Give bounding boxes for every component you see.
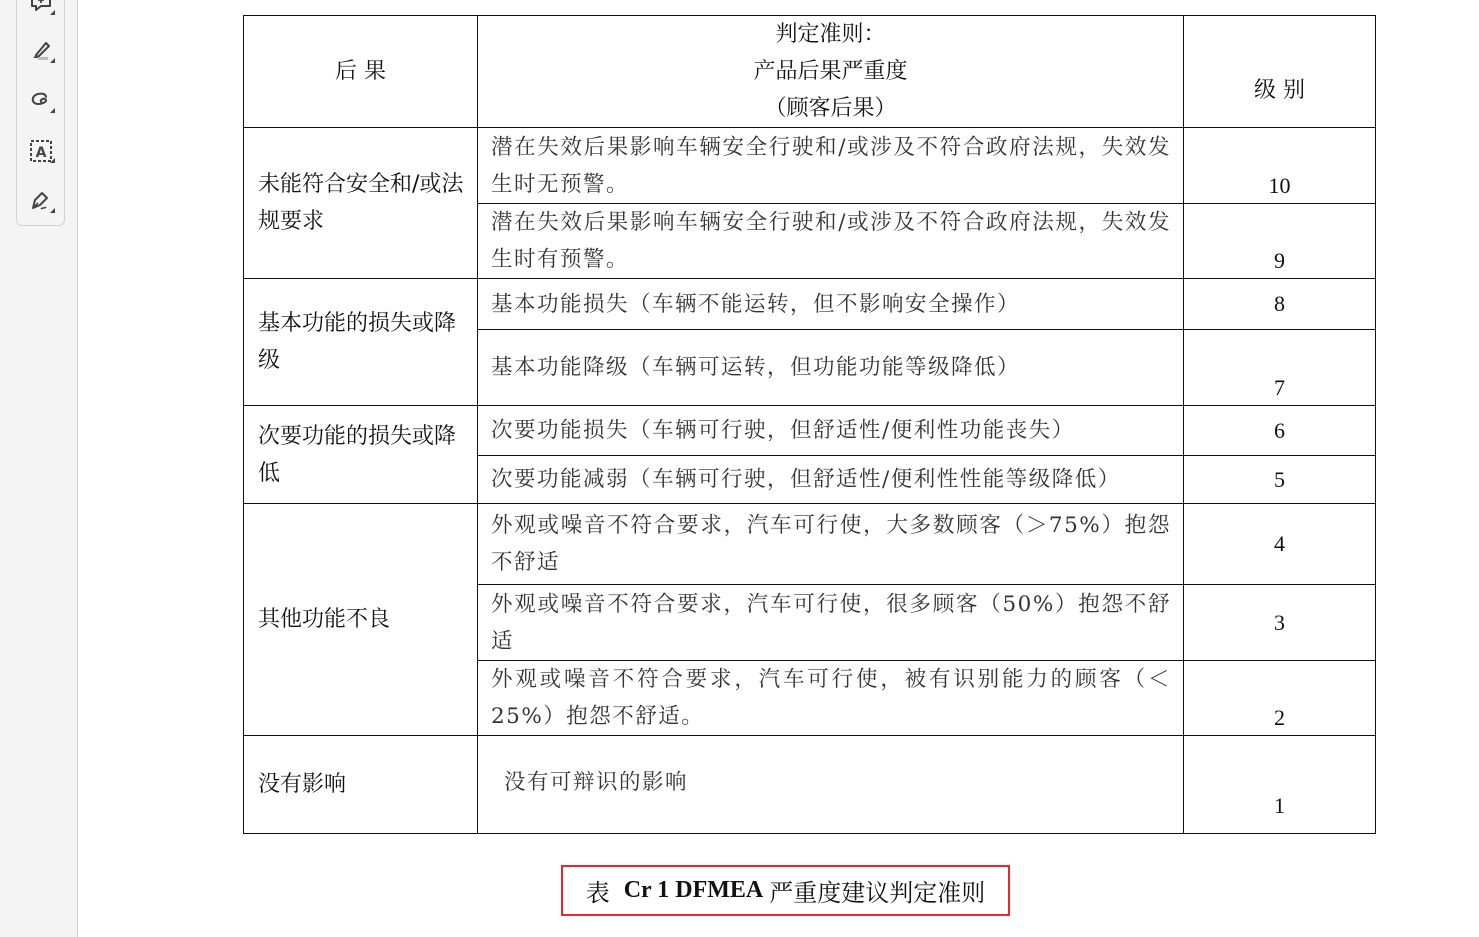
submenu-indicator-icon — [50, 108, 55, 113]
rank-cell: 9 — [1184, 204, 1376, 279]
rank-cell: 2 — [1184, 661, 1376, 736]
header-rank: 级 别 — [1184, 16, 1376, 128]
criteria-cell: 外观或噪音不符合要求，汽车可行使，很多顾客（50%）抱怨不舒适 — [478, 585, 1184, 661]
rank-cell: 5 — [1184, 456, 1376, 504]
caption-title: 严重度建议判定准则 — [769, 873, 985, 908]
freehand-tool-button[interactable] — [17, 81, 64, 121]
header-consequence: 后 果 — [244, 16, 478, 128]
criteria-cell: 次要功能减弱（车辆可行驶，但舒适性/便利性性能等级降低） — [478, 456, 1184, 504]
consequence-cell: 其他功能不良 — [244, 504, 478, 736]
annotation-toolbar: A — [16, 0, 65, 226]
criteria-cell: 外观或噪音不符合要求，汽车可行使，被有识别能力的顾客（＜25%）抱怨不舒适。 — [478, 661, 1184, 736]
rank-cell: 1 — [1184, 736, 1376, 834]
comment-tool-button[interactable] — [17, 0, 64, 23]
criteria-cell: 基本功能损失（车辆不能运转，但不影响安全操作） — [478, 279, 1184, 330]
severity-criteria-table-container: 后 果 判定准则： 产品后果严重度 （顾客后果） 级 别 未能符合安全和/或法规… — [243, 15, 1376, 834]
text-box-tool-button[interactable]: A — [17, 131, 64, 171]
consequence-cell: 未能符合安全和/或法规要求 — [244, 128, 478, 279]
highlight-tool-button[interactable] — [17, 31, 64, 71]
criteria-cell: 外观或噪音不符合要求，汽车可行使，大多数顾客（＞75%）抱怨不舒适 — [478, 504, 1184, 585]
consequence-cell: 基本功能的损失或降级 — [244, 279, 478, 406]
criteria-cell: 潜在失效后果影响车辆安全行驶和/或涉及不符合政府法规，失效发生时有预警。 — [478, 204, 1184, 279]
header-criteria-line2: 产品后果严重度 — [478, 53, 1183, 90]
table-header-row: 后 果 判定准则： 产品后果严重度 （顾客后果） 级 别 — [244, 16, 1376, 128]
criteria-cell: 潜在失效后果影响车辆安全行驶和/或涉及不符合政府法规，失效发生时无预警。 — [478, 128, 1184, 204]
svg-text:A: A — [35, 145, 46, 161]
consequence-cell: 次要功能的损失或降低 — [244, 406, 478, 504]
rank-cell: 10 — [1184, 128, 1376, 204]
criteria-cell: 基本功能降级（车辆可运转，但功能功能等级降低） — [478, 330, 1184, 406]
submenu-indicator-icon — [50, 58, 55, 63]
header-criteria-line3: （顾客后果） — [478, 90, 1183, 127]
header-criteria: 判定准则： 产品后果严重度 （顾客后果） — [478, 16, 1184, 128]
table-caption: 表 Cr 1 DFMEA 严重度建议判定准则 — [561, 865, 1010, 916]
rank-cell: 4 — [1184, 504, 1376, 585]
rank-cell: 3 — [1184, 585, 1376, 661]
submenu-indicator-icon — [50, 208, 55, 213]
left-side-panel: A — [0, 0, 78, 937]
sign-tool-button[interactable] — [17, 181, 64, 221]
submenu-indicator-icon — [50, 10, 55, 15]
consequence-cell: 没有影响 — [244, 736, 478, 834]
severity-criteria-table: 后 果 判定准则： 产品后果严重度 （顾客后果） 级 别 未能符合安全和/或法规… — [243, 15, 1376, 834]
rank-cell: 7 — [1184, 330, 1376, 406]
criteria-cell: 没有可辩识的影响 — [478, 736, 1184, 834]
caption-label: Cr 1 DFMEA — [624, 877, 764, 904]
table-row: 次要功能的损失或降低 次要功能损失（车辆可行驶，但舒适性/便利性功能丧失） 6 — [244, 406, 1376, 456]
table-row: 没有影响 没有可辩识的影响 1 — [244, 736, 1376, 834]
criteria-cell: 次要功能损失（车辆可行驶，但舒适性/便利性功能丧失） — [478, 406, 1184, 456]
rank-cell: 8 — [1184, 279, 1376, 330]
table-row: 基本功能的损失或降级 基本功能损失（车辆不能运转，但不影响安全操作） 8 — [244, 279, 1376, 330]
table-row: 其他功能不良 外观或噪音不符合要求，汽车可行使，大多数顾客（＞75%）抱怨不舒适… — [244, 504, 1376, 585]
header-criteria-line1: 判定准则： — [478, 16, 1183, 53]
rank-cell: 6 — [1184, 406, 1376, 456]
submenu-indicator-icon — [50, 158, 55, 163]
table-row: 未能符合安全和/或法规要求 潜在失效后果影响车辆安全行驶和/或涉及不符合政府法规… — [244, 128, 1376, 204]
caption-prefix: 表 — [586, 873, 610, 908]
